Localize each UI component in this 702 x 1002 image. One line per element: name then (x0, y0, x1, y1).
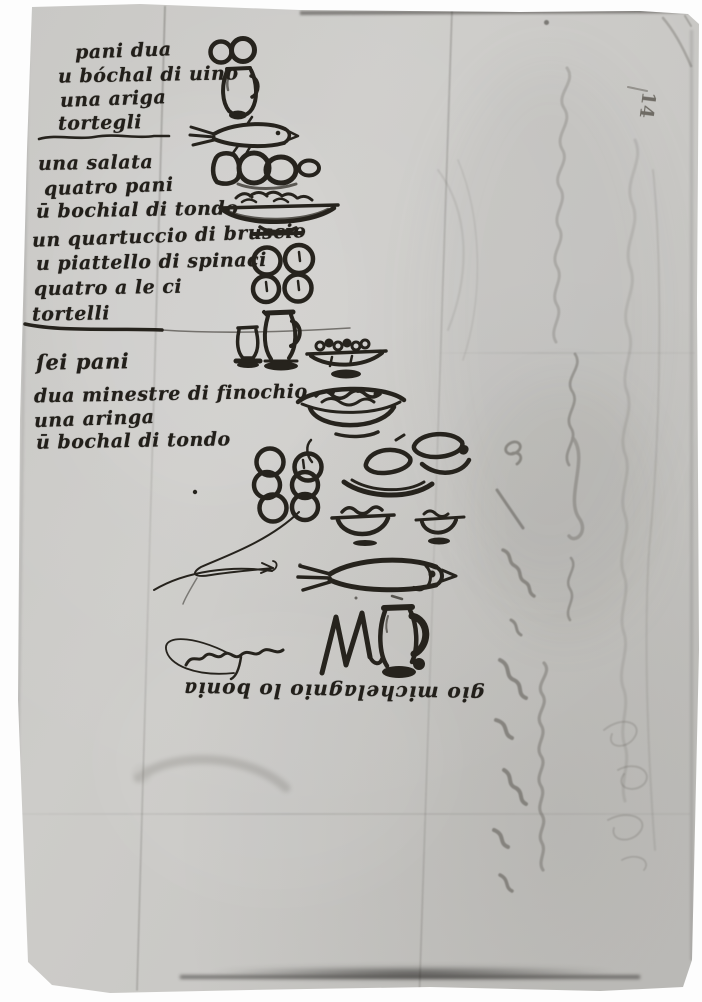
menu-line: ū bochial di tondo (36, 197, 239, 223)
menu-line: u piattello di spinaci (36, 249, 267, 275)
menu-line: una aringa (34, 406, 155, 432)
platter-of-food-sketch (216, 186, 344, 240)
menu-line: quatro pani (44, 174, 174, 201)
bread-rolls-row-sketch (208, 144, 323, 192)
ghost-writing-column (485, 430, 545, 660)
paper-sheet: pani dua u bóchal di uino una ariga tort… (0, 0, 702, 1002)
signature-flourish-sketch (146, 545, 386, 695)
ghost-writing-column (545, 348, 600, 648)
dish-of-berries-sketch (304, 334, 390, 382)
left-edge-shadow (14, 10, 30, 960)
bottom-edge-line (180, 975, 640, 979)
bottom-edge-shadow (140, 964, 685, 982)
four-bread-rolls-sketch (248, 244, 324, 306)
manuscript-scan: pani dua u bóchal di uino una ariga tort… (0, 0, 702, 1002)
menu-line: quatro a le ci (34, 276, 182, 301)
ink-fleck (544, 20, 549, 25)
divider-flourish-1 (36, 130, 176, 144)
menu-line: dua minestre di finochio (34, 381, 308, 408)
ghost-writing-column (545, 62, 587, 362)
folio-number: 14 (635, 91, 660, 120)
menu-line: una ariga (60, 86, 167, 112)
bread-rolls-heap-sketch (336, 420, 474, 504)
right-edge-shadow (690, 30, 693, 960)
ghost-diagonal-stroke (655, 12, 700, 72)
cup-and-jug-sketch (231, 303, 311, 373)
menu-line: una salata (38, 151, 154, 175)
inverted-signature-inscription: gio michelagnio lo bonia (183, 677, 485, 706)
ghost-pencil-loops (588, 700, 683, 885)
wine-jug-sketch (214, 62, 264, 122)
two-small-bowls-sketch (320, 500, 475, 550)
ink-smudge-stain (128, 742, 298, 804)
ghost-arc-marks (428, 150, 483, 380)
menu-line: ſei pani (36, 348, 130, 375)
menu-line: u bóchal di uino (58, 62, 239, 87)
menu-line: pani dua (75, 38, 172, 63)
top-edge-shadow (300, 9, 690, 15)
ghost-writing-column (524, 655, 569, 890)
